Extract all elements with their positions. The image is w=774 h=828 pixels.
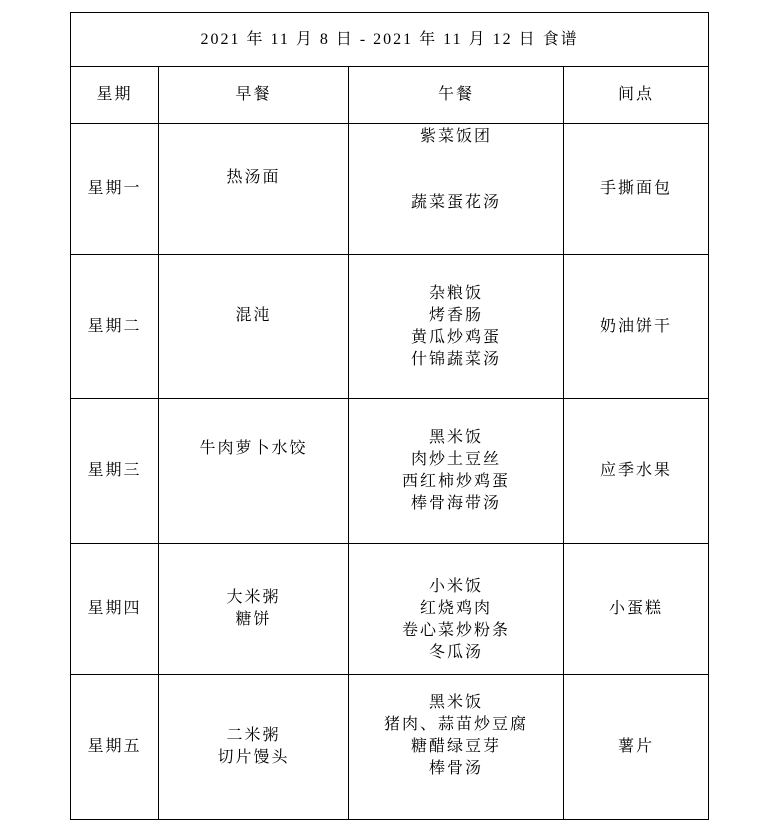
lunch-cell: 杂粮饭 烤香肠 黄瓜炒鸡蛋 什锦蔬菜汤 bbox=[349, 255, 564, 399]
day-label: 星期三 bbox=[71, 460, 158, 482]
title-row: 2021 年 11 月 8 日 - 2021 年 11 月 12 日 食谱 bbox=[71, 13, 709, 67]
table-row-tuesday: 星期二 混沌 杂粮饭 烤香肠 黄瓜炒鸡蛋 什锦蔬菜汤 奶油饼干 bbox=[71, 255, 709, 399]
menu-line: 小米饭 bbox=[349, 576, 563, 598]
menu-line: 大米粥 bbox=[159, 587, 348, 609]
menu-line: 小蛋糕 bbox=[564, 598, 708, 620]
column-header-week: 星期 bbox=[71, 67, 159, 124]
lunch-cell: 紫菜饭团 蔬菜蛋花汤 bbox=[349, 124, 564, 255]
menu-line: 卷心菜炒粉条 bbox=[349, 620, 563, 642]
menu-line: 混沌 bbox=[159, 305, 348, 327]
snack-cell: 应季水果 bbox=[564, 399, 709, 544]
lunch-cell: 小米饭 红烧鸡肉 卷心菜炒粉条 冬瓜汤 bbox=[349, 544, 564, 675]
menu-line: 黑米饭 bbox=[349, 692, 563, 714]
day-label: 星期一 bbox=[71, 178, 158, 200]
day-label: 星期二 bbox=[71, 316, 158, 338]
menu-line: 糖醋绿豆芽 bbox=[349, 736, 563, 758]
menu-line: 热汤面 bbox=[159, 167, 348, 189]
menu-line: 黄瓜炒鸡蛋 bbox=[349, 327, 563, 349]
menu-line: 紫菜饭团 bbox=[349, 126, 563, 148]
day-cell: 星期四 bbox=[71, 544, 159, 675]
table-row-monday: 星期一 热汤面 紫菜饭团 蔬菜蛋花汤 手撕面包 bbox=[71, 124, 709, 255]
menu-line: 红烧鸡肉 bbox=[349, 598, 563, 620]
menu-line: 西红柿炒鸡蛋 bbox=[349, 471, 563, 493]
menu-line: 猪肉、蒜苗炒豆腐 bbox=[349, 714, 563, 736]
day-cell: 星期五 bbox=[71, 675, 159, 820]
menu-line: 应季水果 bbox=[564, 460, 708, 482]
menu-line: 二米粥 bbox=[159, 725, 348, 747]
menu-line: 杂粮饭 bbox=[349, 283, 563, 305]
menu-line: 糖饼 bbox=[159, 609, 348, 631]
column-header-snack: 间点 bbox=[564, 67, 709, 124]
menu-line: 切片馒头 bbox=[159, 747, 348, 769]
table-row-wednesday: 星期三 牛肉萝卜水饺 黑米饭 肉炒土豆丝 西红柿炒鸡蛋 棒骨海带汤 应季水果 bbox=[71, 399, 709, 544]
day-cell: 星期二 bbox=[71, 255, 159, 399]
day-cell: 星期一 bbox=[71, 124, 159, 255]
lunch-cell: 黑米饭 肉炒土豆丝 西红柿炒鸡蛋 棒骨海带汤 bbox=[349, 399, 564, 544]
menu-line: 烤香肠 bbox=[349, 305, 563, 327]
breakfast-cell: 大米粥 糖饼 bbox=[159, 544, 349, 675]
header-row: 星期 早餐 午餐 间点 bbox=[71, 67, 709, 124]
menu-line: 棒骨海带汤 bbox=[349, 493, 563, 515]
table-row-thursday: 星期四 大米粥 糖饼 小米饭 红烧鸡肉 卷心菜炒粉条 冬瓜汤 小蛋糕 bbox=[71, 544, 709, 675]
column-header-breakfast: 早餐 bbox=[159, 67, 349, 124]
snack-cell: 小蛋糕 bbox=[564, 544, 709, 675]
breakfast-cell: 热汤面 bbox=[159, 124, 349, 255]
menu-line: 牛肉萝卜水饺 bbox=[159, 438, 348, 460]
snack-cell: 薯片 bbox=[564, 675, 709, 820]
snack-cell: 手撕面包 bbox=[564, 124, 709, 255]
day-label: 星期四 bbox=[71, 598, 158, 620]
lunch-cell: 黑米饭 猪肉、蒜苗炒豆腐 糖醋绿豆芽 棒骨汤 bbox=[349, 675, 564, 820]
breakfast-cell: 牛肉萝卜水饺 bbox=[159, 399, 349, 544]
weekly-menu-table: 2021 年 11 月 8 日 - 2021 年 11 月 12 日 食谱 星期… bbox=[70, 12, 709, 820]
menu-line: 蔬菜蛋花汤 bbox=[349, 192, 563, 214]
breakfast-cell: 二米粥 切片馒头 bbox=[159, 675, 349, 820]
menu-line: 薯片 bbox=[564, 736, 708, 758]
snack-cell: 奶油饼干 bbox=[564, 255, 709, 399]
menu-line: 黑米饭 bbox=[349, 427, 563, 449]
day-cell: 星期三 bbox=[71, 399, 159, 544]
menu-line: 棒骨汤 bbox=[349, 758, 563, 780]
table-title: 2021 年 11 月 8 日 - 2021 年 11 月 12 日 食谱 bbox=[71, 13, 709, 67]
day-label: 星期五 bbox=[71, 736, 158, 758]
menu-line: 奶油饼干 bbox=[564, 316, 708, 338]
menu-line: 什锦蔬菜汤 bbox=[349, 349, 563, 371]
menu-line: 肉炒土豆丝 bbox=[349, 449, 563, 471]
document-page: 2021 年 11 月 8 日 - 2021 年 11 月 12 日 食谱 星期… bbox=[0, 0, 774, 828]
breakfast-cell: 混沌 bbox=[159, 255, 349, 399]
table-row-friday: 星期五 二米粥 切片馒头 黑米饭 猪肉、蒜苗炒豆腐 糖醋绿豆芽 棒骨汤 薯片 bbox=[71, 675, 709, 820]
column-header-lunch: 午餐 bbox=[349, 67, 564, 124]
menu-line: 手撕面包 bbox=[564, 178, 708, 200]
menu-line: 冬瓜汤 bbox=[349, 642, 563, 664]
